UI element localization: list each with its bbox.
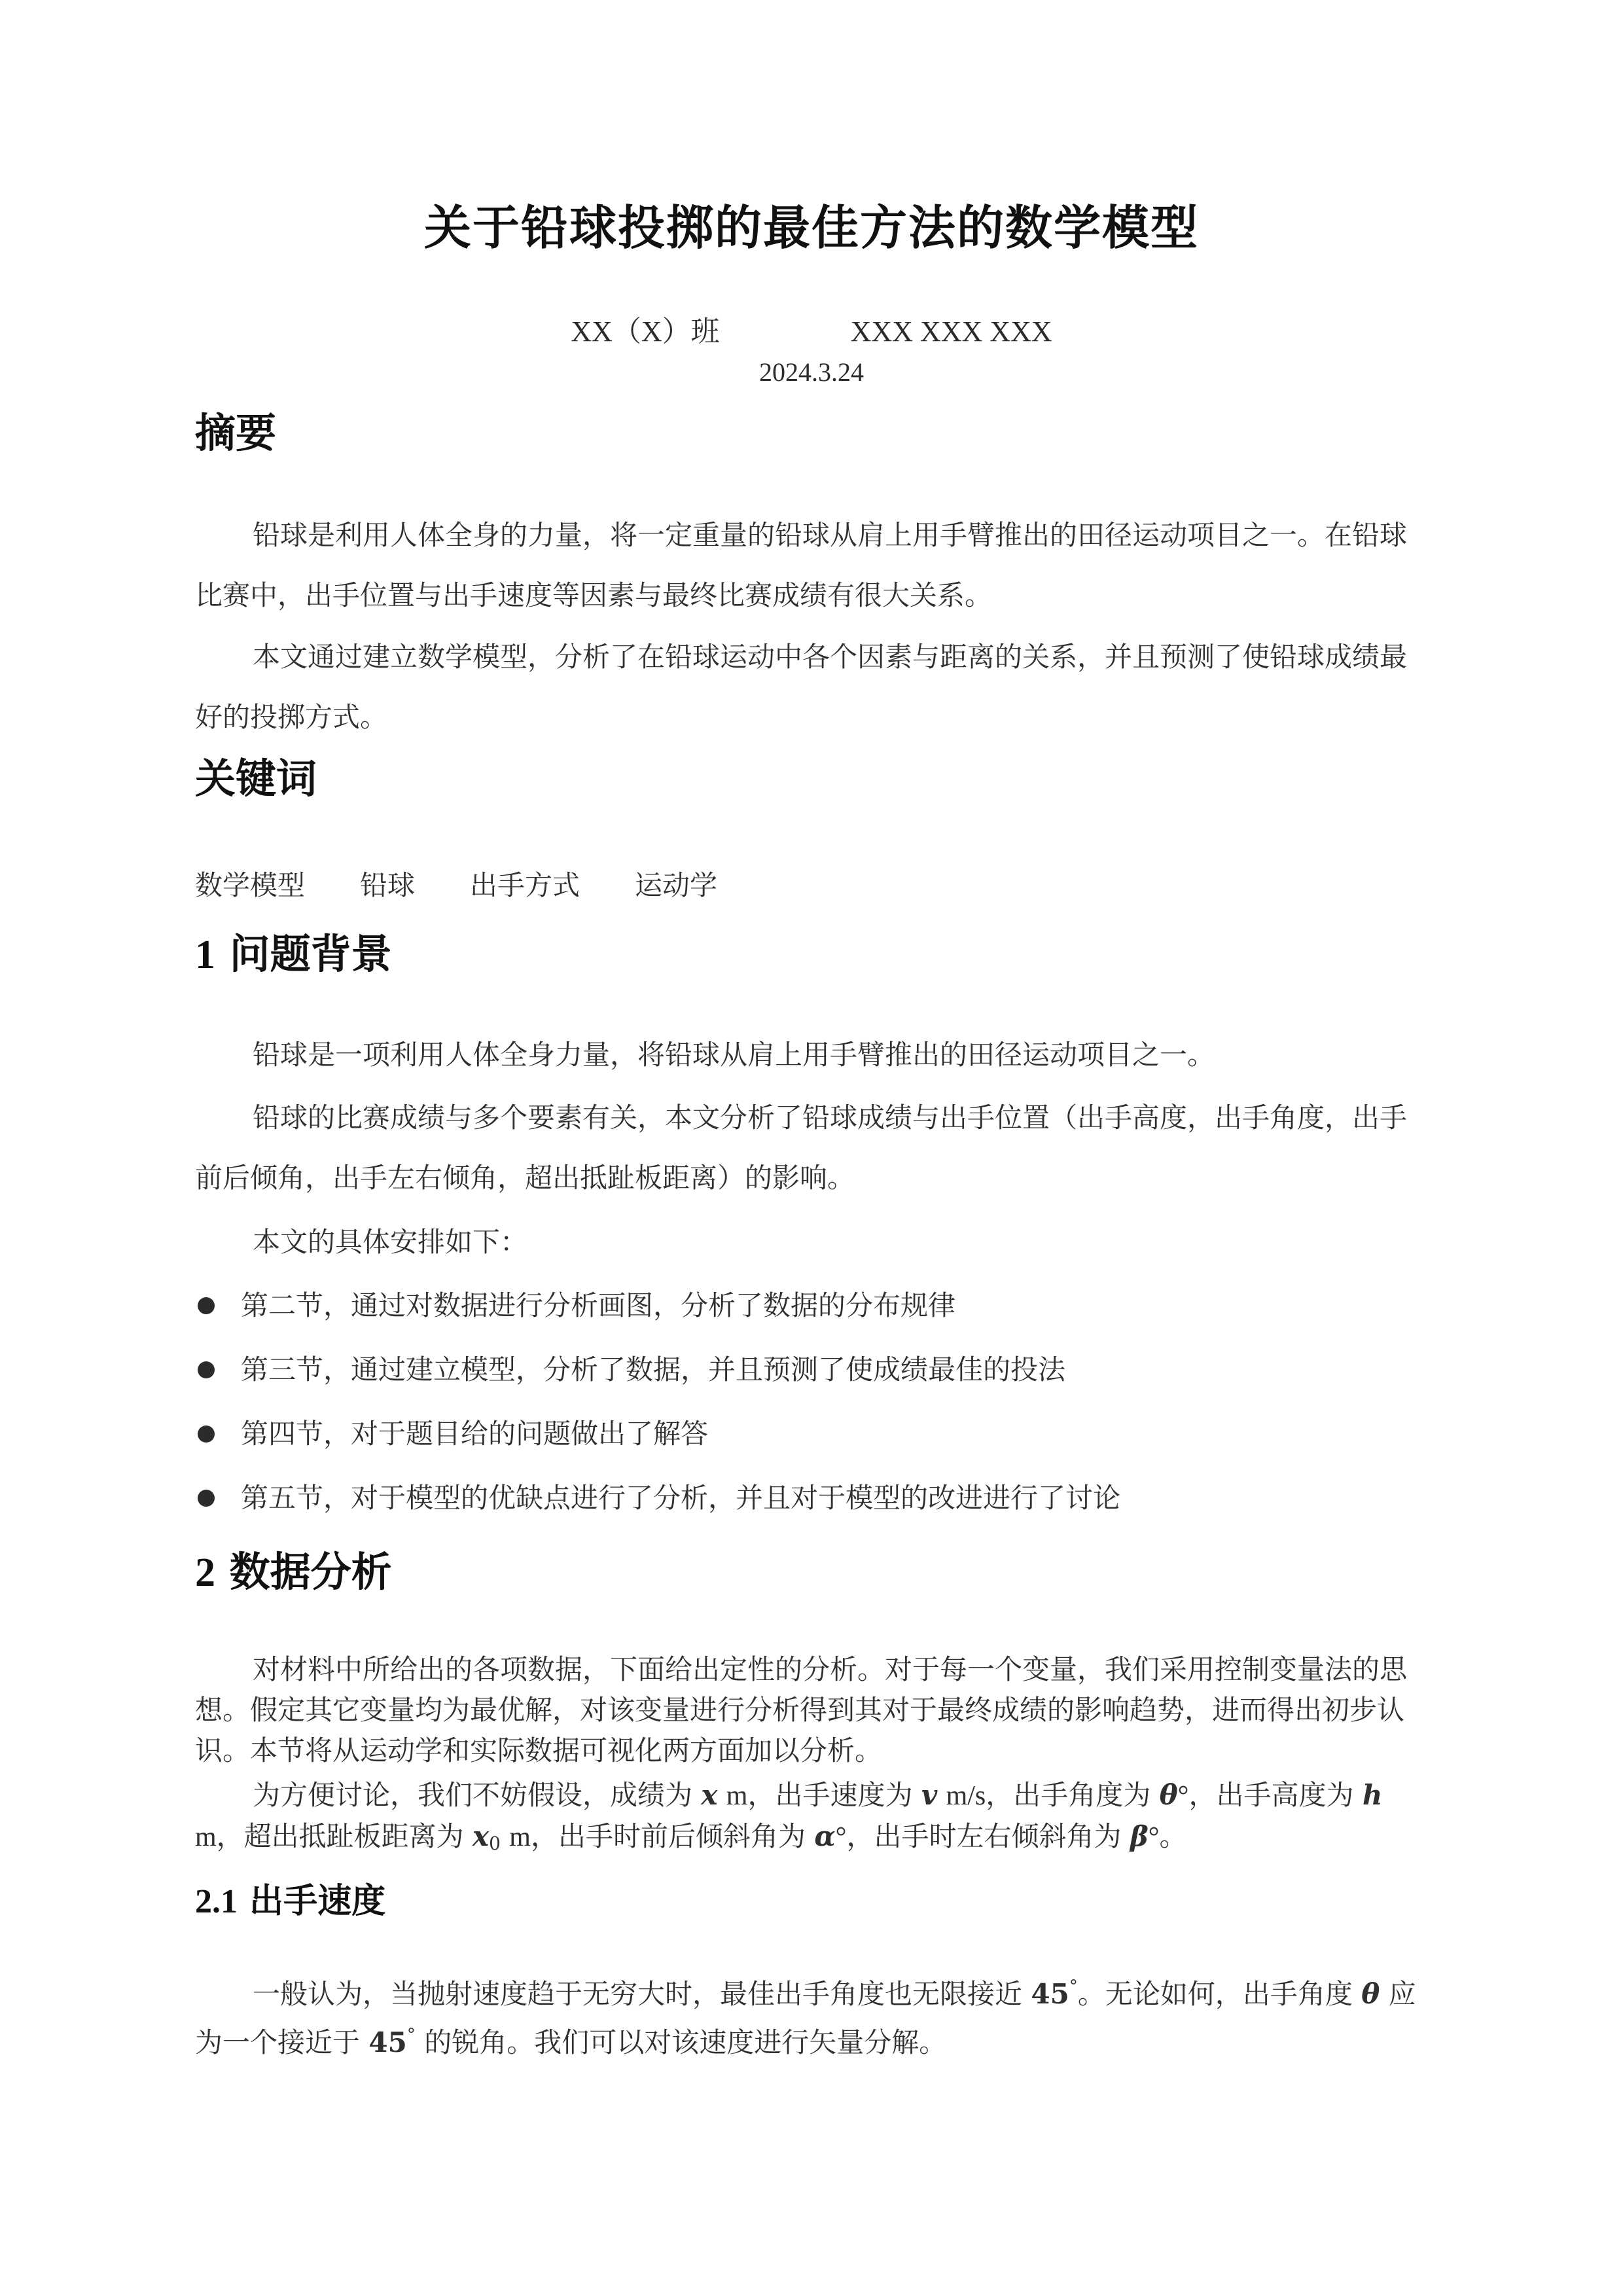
var-h: h <box>1363 1779 1383 1811</box>
bullet-icon <box>198 1426 215 1443</box>
keyword: 铅球 <box>360 869 415 901</box>
subsection-2-1-heading: 2.1 出手速度 <box>195 1873 385 1922</box>
abstract-paragraph-1: 铅球是利用人体全身的力量，将一定重量的铅球从肩上用手臂推出的田径运动项目之一。在… <box>195 505 1432 626</box>
section-outline-list: 第二节，通过对数据进行分析画图，分析了数据的分布规律 第三节，通过建立模型，分析… <box>195 1274 1432 1530</box>
subsection-title: 出手速度 <box>249 1882 385 1921</box>
bullet-icon <box>198 1297 215 1314</box>
paper-title: 关于铅球投掷的最佳方法的数学模型 <box>0 190 1623 258</box>
section-1-paragraph-3: 本文的具体安排如下： <box>195 1212 1432 1272</box>
section-1-paragraph-1: 铅球是一项利用人体全身力量，将铅球从肩上用手臂推出的田径运动项目之一。 <box>195 1025 1432 1085</box>
section-number: 1 <box>195 933 215 977</box>
var-v: v <box>921 1779 937 1811</box>
section-2-paragraph-2: 为方便讨论，我们不妨假设，成绩为 x m，出手速度为 v m/s，出手角度为 θ… <box>195 1775 1432 1864</box>
author-names: XXX XXX XXX <box>851 315 1052 348</box>
section-title: 数据分析 <box>230 1548 392 1596</box>
section-1-paragraph-2: 铅球的比赛成绩与多个要素有关，本文分析了铅球成绩与出手位置（出手高度，出手角度，… <box>195 1088 1432 1208</box>
var-theta: θ <box>1361 1978 1380 2010</box>
subsection-2-1-paragraph: 一般认为，当抛射速度趋于无穷大时，最佳出手角度也无限接近 45°。无论如何，出手… <box>195 1966 1432 2063</box>
list-item: 第二节，通过对数据进行分析画图，分析了数据的分布规律 <box>195 1274 1432 1338</box>
subsection-number: 2.1 <box>195 1883 238 1920</box>
keyword: 出手方式 <box>470 869 580 901</box>
author-class: XX（X）班 <box>571 315 719 348</box>
var-x: x <box>701 1779 717 1811</box>
var-alpha: α <box>814 1820 835 1852</box>
list-item: 第三节，通过建立模型，分析了数据，并且预测了使成绩最佳的投法 <box>195 1338 1432 1402</box>
section-title: 问题背景 <box>230 930 392 978</box>
keywords-heading: 关键词 <box>195 746 317 804</box>
abstract-paragraph-2: 本文通过建立数学模型，分析了在铅球运动中各个因素与距离的关系，并且预测了使铅球成… <box>195 627 1432 747</box>
keyword: 数学模型 <box>195 869 305 901</box>
section-2-paragraph-1: 对材料中所给出的各项数据，下面给出定性的分析。对于每一个变量，我们采用控制变量法… <box>195 1649 1432 1771</box>
keyword: 运动学 <box>635 869 717 901</box>
bullet-icon <box>198 1490 215 1507</box>
abstract-heading: 摘要 <box>195 401 276 459</box>
paper-date: 2024.3.24 <box>0 357 1623 387</box>
list-item: 第四节，对于题目给的问题做出了解答 <box>195 1402 1432 1466</box>
var-beta: β <box>1130 1820 1149 1852</box>
var-theta: θ <box>1160 1779 1178 1811</box>
var-x0: x0 <box>473 1820 501 1852</box>
author-line: XX（X）班XXX XXX XXX <box>0 308 1623 350</box>
section-1-heading: 1 问题背景 <box>195 922 392 980</box>
list-item: 第五节，对于模型的优缺点进行了分析，并且对于模型的改进进行了讨论 <box>195 1466 1432 1530</box>
section-number: 2 <box>195 1551 215 1595</box>
keywords-list: 数学模型铅球出手方式运动学 <box>195 864 772 903</box>
bullet-icon <box>198 1361 215 1378</box>
section-2-heading: 2 数据分析 <box>195 1539 392 1598</box>
